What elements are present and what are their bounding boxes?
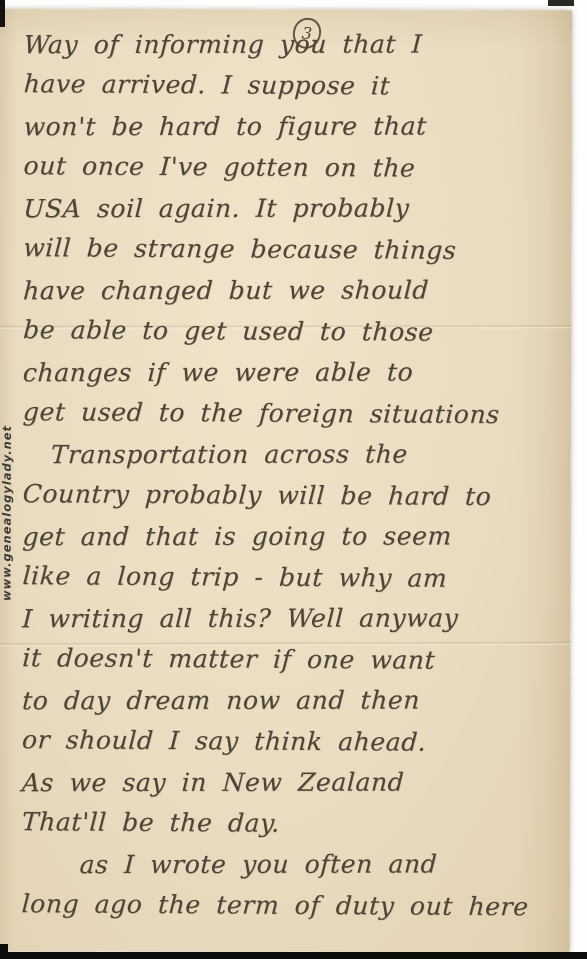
- handwritten-line: Transportation across the: [0, 433, 572, 475]
- handwritten-line: or should I say think ahead.: [0, 719, 571, 763]
- handwritten-line: as I wrote you often and: [0, 843, 571, 885]
- handwritten-line: I writing all this? Well anyway: [0, 597, 572, 639]
- handwritten-line: get used to the foreign situations: [0, 391, 572, 435]
- scanner-edge-mark-top-left: [0, 0, 5, 27]
- letter-body: Way of informing you that I have arrived…: [0, 23, 572, 926]
- handwritten-line: out once I've gotten on the: [0, 145, 573, 189]
- watermark-text: www.genealogylady.net: [0, 341, 14, 601]
- handwritten-line: it doesn't matter if one want: [0, 637, 571, 681]
- handwritten-line: be able to get used to those: [0, 309, 572, 353]
- handwritten-line: Way of informing you that I: [0, 23, 573, 65]
- handwritten-line: have arrived. I suppose it: [0, 63, 573, 107]
- handwritten-line: have changed but we should: [0, 269, 572, 311]
- handwritten-line: That'll be the day.: [0, 801, 571, 845]
- handwritten-line: like a long trip - but why am: [0, 555, 572, 599]
- handwritten-line: Country probably will be hard to: [0, 473, 572, 517]
- scanner-edge-mark-bottom-left: [0, 944, 8, 959]
- handwritten-line: won't be hard to figure that: [0, 105, 573, 147]
- handwritten-line: get and that is going to seem: [0, 515, 572, 557]
- handwritten-line: changes if we were able to: [0, 351, 572, 393]
- scanner-edge-mark-top-right: [548, 0, 574, 6]
- scanned-letter-page: www.genealogylady.net 3 Way of informing…: [0, 0, 587, 959]
- scanner-edge-bar-bottom: [0, 952, 587, 959]
- letter-sheet: www.genealogylady.net 3 Way of informing…: [0, 9, 572, 952]
- handwritten-line: will be strange because things: [0, 227, 573, 271]
- handwritten-line: to day dream now and then: [0, 679, 571, 721]
- handwritten-line: long ago the term of duty out here: [0, 883, 571, 927]
- handwritten-line: USA soil again. It probably: [0, 187, 573, 229]
- handwritten-line: As we say in New Zealand: [0, 761, 571, 803]
